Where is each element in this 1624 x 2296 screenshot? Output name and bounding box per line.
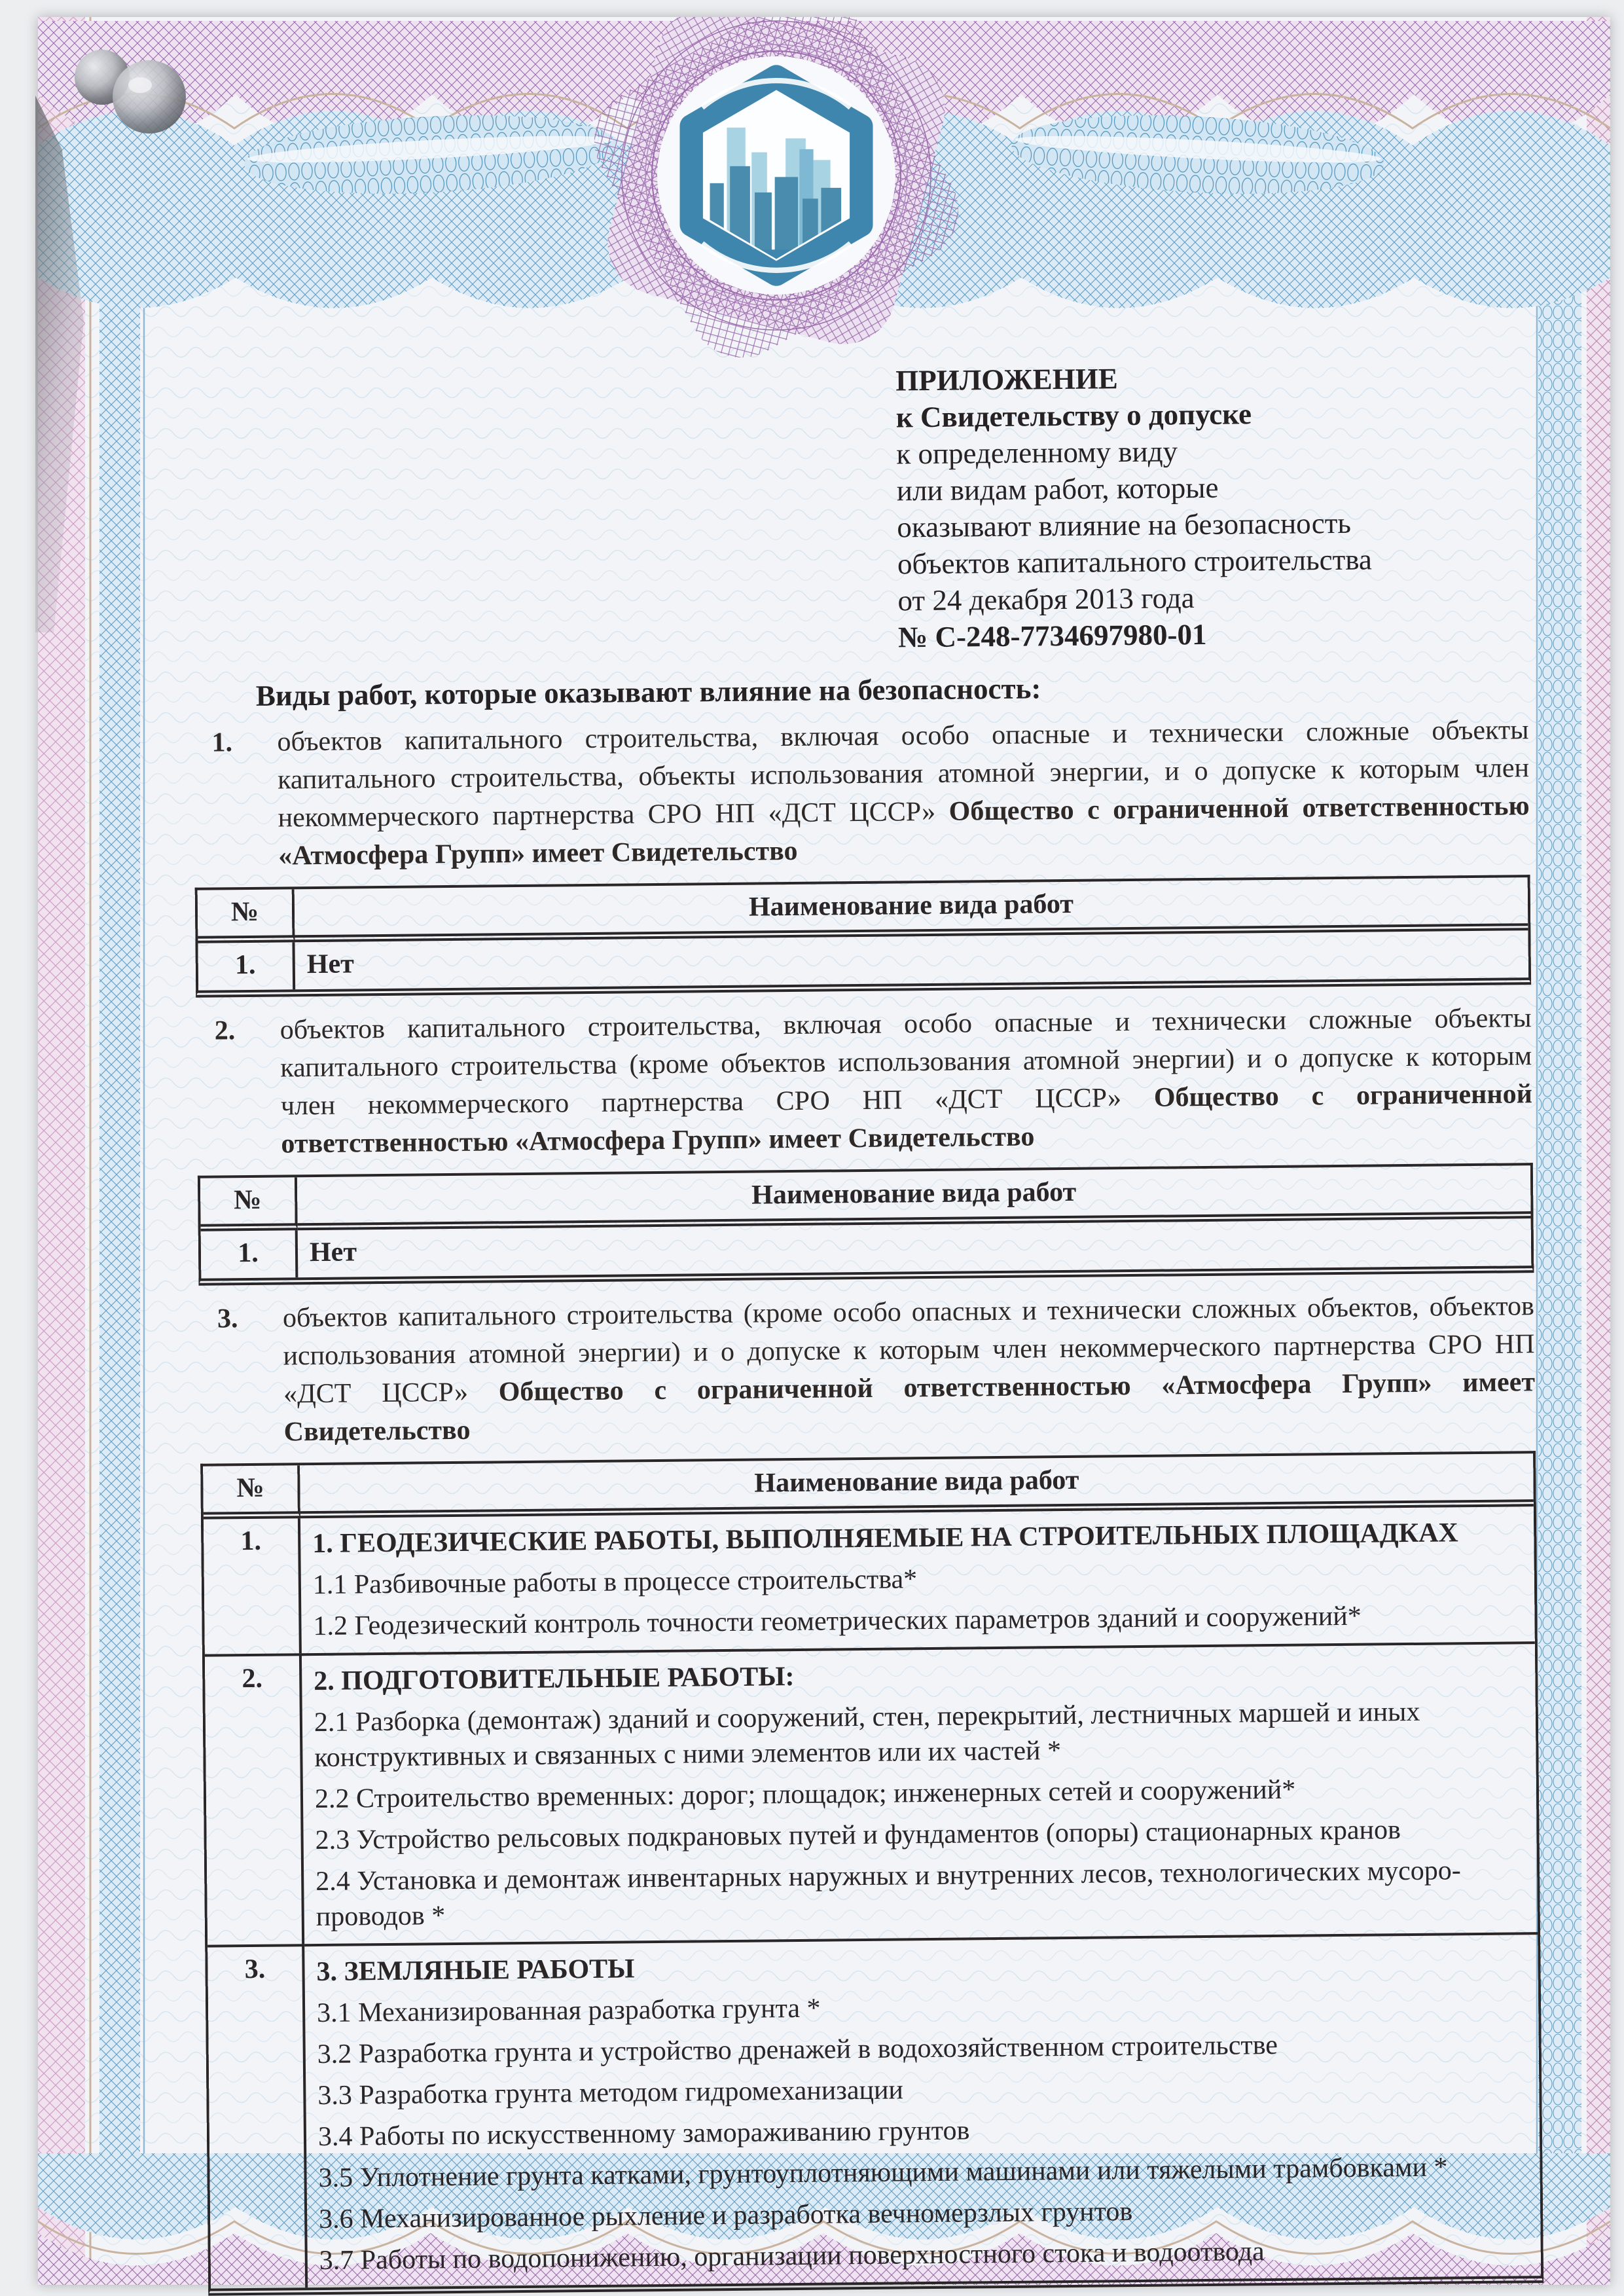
row-number-cell: 1. [198,942,295,990]
section-number: 1. [193,723,278,876]
work-item-line: 3.5 Уплотнение грунта катками, грунтоупл… [318,2149,1528,2196]
row-works-cell: 3. ЗЕМЛЯНЫЕ РАБОТЫ 3.1 Механизированная … [304,1932,1541,2287]
document-content: ПРИЛОЖЕНИЕ к Свидетельству о допуске к о… [190,356,1543,2295]
title-line: к Свидетельству о допуске [896,393,1526,435]
work-item-line: 3.4 Работы по искусственному замораживан… [318,2107,1528,2155]
table-row-earthworks: 3. 3. ЗЕМЛЯНЫЕ РАБОТЫ 3.1 Механизированн… [208,1932,1541,2288]
work-item-line: 2.1 Разборка (демонтаж) зданий и сооруже… [314,1693,1525,1776]
intro-heading: Виды работ, которые оказывают влияние на… [256,666,1528,713]
work-group-title: 1. ГЕОДЕЗИЧЕСКИЕ РАБОТЫ, ВЫПОЛНЯЕМЫЕ НА … [312,1514,1522,1561]
works-table-2: № Наименование вида работ 1. Нет [198,1163,1534,1286]
row-works-cell: 2. ПОДГОТОВИТЕЛЬНЫЕ РАБОТЫ: 2.1 Разборка… [302,1641,1538,1944]
section-number: 3. [199,1299,284,1451]
work-item-line: 1.1 Разбивочные работы в процессе строит… [313,1556,1523,1603]
top-guilloche-border [38,17,1610,357]
section-paragraph-3: 3. объектов капитального строительства (… [199,1287,1536,1452]
works-table-3: № Наименование вида работ 1. 1. ГЕОДЕЗИЧ… [200,1451,1543,2296]
title-line: или видам работ, которые [897,466,1526,509]
work-item-line: 2.2 Строительство временных: дорог; площ… [315,1770,1525,1817]
title-line: оказывают влияние на безопасность [897,503,1526,545]
section-paragraph-1: 1. объектов капитального строительства, … [193,711,1530,876]
column-header-number: № [203,1465,300,1519]
table-row-preparatory: 2. 2. ПОДГОТОВИТЕЛЬНЫЕ РАБОТЫ: 2.1 Разбо… [205,1641,1538,1944]
row-number-cell: 1. [204,1518,302,1654]
work-group-title: 2. ПОДГОТОВИТЕЛЬНЫЕ РАБОТЫ: [314,1652,1523,1699]
row-works-cell: 1. ГЕОДЕЗИЧЕСКИЕ РАБОТЫ, ВЫПОЛНЯЕМЫЕ НА … [300,1506,1535,1653]
column-header-number: № [198,889,295,943]
row-number-cell: 2. [205,1653,304,1944]
section-number: 2. [196,1011,281,1164]
work-item-line: 3.7 Работы по водопонижению, организации… [319,2231,1529,2278]
scanned-certificate-photo: ПРИЛОЖЕНИЕ к Свидетельству о допуске к о… [0,0,1624,2296]
work-item-line: 3.3 Разработка грунта методом гидромехан… [317,2066,1527,2113]
title-line: к определенному виду [896,429,1526,472]
section-text: объектов капитального строительства, вкл… [280,999,1532,1163]
certificate-page: ПРИЛОЖЕНИЕ к Свидетельству о допуске к о… [38,17,1610,2285]
column-header-number: № [200,1177,298,1231]
table-row-geodesic: 1. 1. ГЕОДЕЗИЧЕСКИЕ РАБОТЫ, ВЫПОЛНЯЕМЫЕ … [204,1506,1535,1654]
document-title-block: ПРИЛОЖЕНИЕ к Свидетельству о допуске к о… [895,356,1528,655]
hexagon-city-logo-icon [691,77,861,274]
row-number-cell: 1. [201,1230,298,1278]
binding-rivet-icon [51,37,221,168]
certificate-number: № С-248-7734697980-01 [898,613,1528,655]
works-table-1: № Наименование вида работ 1. Нет [195,875,1532,998]
row-number-cell: 3. [208,1944,308,2288]
work-item-line: 1.2 Геодезический контроль точности геом… [313,1597,1523,1644]
title-line: объектов капитального строительства [897,539,1527,582]
section-text: объектов капитального строительства, вкл… [277,711,1530,875]
work-item-line: 3.6 Механизированное рыхление и разработ… [319,2190,1528,2237]
work-item-line: 3.2 Разработка грунта и устройство дрена… [317,2025,1527,2072]
title-line: от 24 декабря 2013 года [897,576,1527,619]
section-paragraph-2: 2. объектов капитального строительства, … [196,999,1532,1164]
section-text: объектов капитального строительства (кро… [283,1287,1536,1451]
work-item-line: 3.1 Механизированная разработка грунта * [317,1984,1526,2031]
work-item-line: 2.4 Установка и демонтаж инвентарных нар… [316,1852,1526,1935]
work-item-line: 2.3 Устройство рельсовых подкрановых пут… [315,1811,1525,1858]
title-line: ПРИЛОЖЕНИЕ [895,356,1525,399]
work-group-title: 3. ЗЕМЛЯНЫЕ РАБОТЫ [316,1942,1526,1990]
